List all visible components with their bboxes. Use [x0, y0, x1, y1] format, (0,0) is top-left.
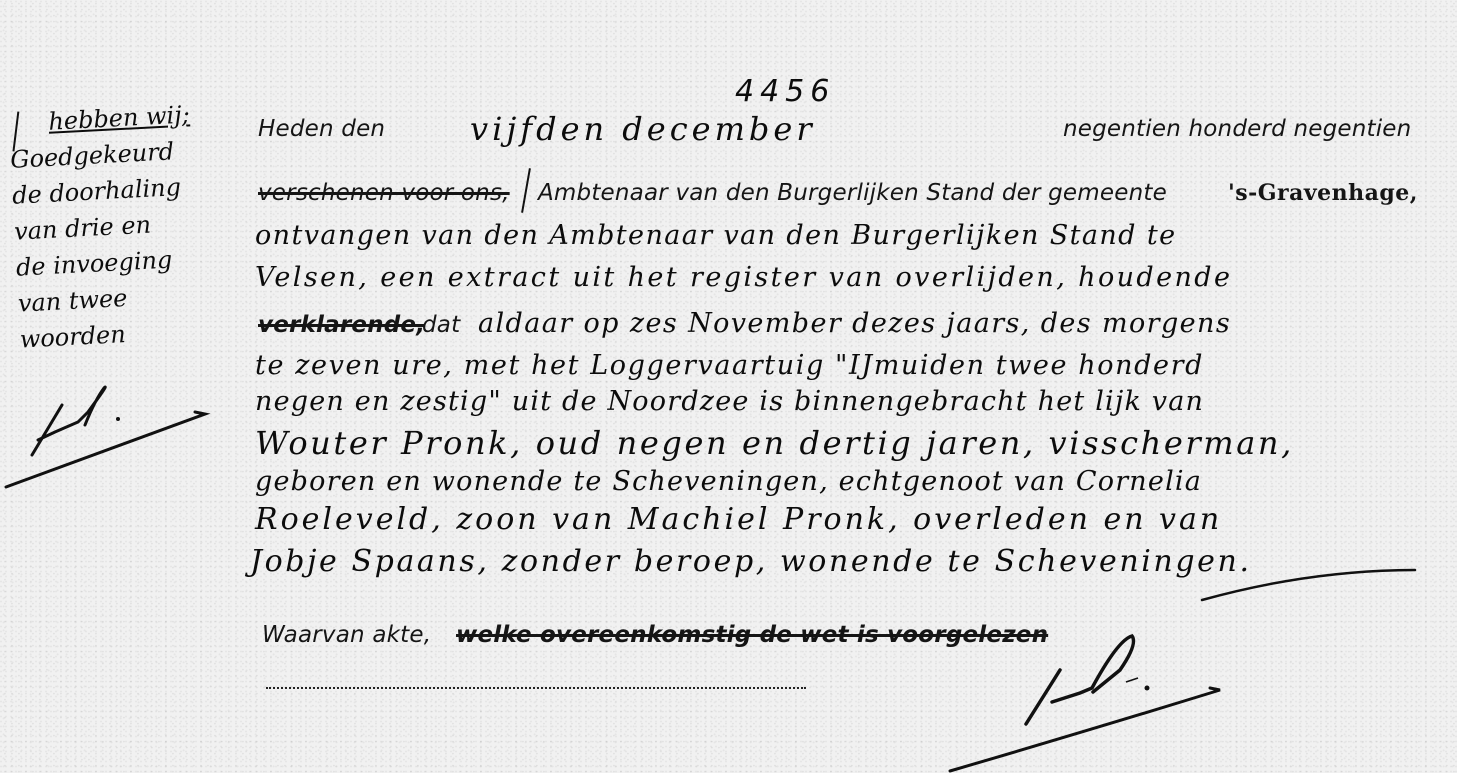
printed-dat: dat	[422, 312, 460, 338]
handwritten-line: te zeven ure, met het Loggervaartuig "IJ…	[255, 350, 1204, 381]
struck-verschenen: verschenen voor ons,	[258, 180, 510, 206]
insertion-mark	[521, 168, 531, 213]
printed-ambtenaar: Ambtenaar van den Burgerlijken Stand der…	[538, 180, 1167, 206]
margin-annotation: hebben wij; Goedgekeurd de doorhaling va…	[0, 94, 250, 358]
handwritten-line: aldaar op zes November dezes jaars, des …	[478, 308, 1231, 339]
scanned-document-page: hebben wij; Goedgekeurd de doorhaling va…	[0, 0, 1457, 773]
printed-year: negentien honderd negentien	[1063, 116, 1411, 142]
printed-city: 's-Gravenhage,	[1228, 180, 1418, 206]
handwritten-date: vijfden december	[470, 110, 816, 148]
struck-verklarende: verklarende,	[258, 312, 425, 338]
record-number: 4456	[735, 74, 835, 109]
printed-waarvan-akte: Waarvan akte,	[262, 622, 431, 648]
handwritten-line-deceased: Wouter Pronk, oud negen en dertig jaren,…	[255, 424, 1294, 462]
signature-dotted-line	[266, 687, 806, 689]
handwritten-line: geboren en wonende te Scheveningen, echt…	[255, 466, 1202, 497]
margin-initials-signature	[0, 370, 250, 500]
handwritten-line: negen en zestig" uit de Noordzee is binn…	[255, 386, 1204, 417]
printed-heden-den: Heden den	[258, 116, 385, 142]
handwritten-line: Roeleveld, zoon van Machiel Pronk, overl…	[255, 502, 1222, 537]
handwritten-line: ontvangen van den Ambtenaar van den Burg…	[255, 220, 1176, 251]
official-signature	[940, 560, 1457, 773]
handwritten-line: Velsen, een extract uit het register van…	[255, 262, 1232, 293]
